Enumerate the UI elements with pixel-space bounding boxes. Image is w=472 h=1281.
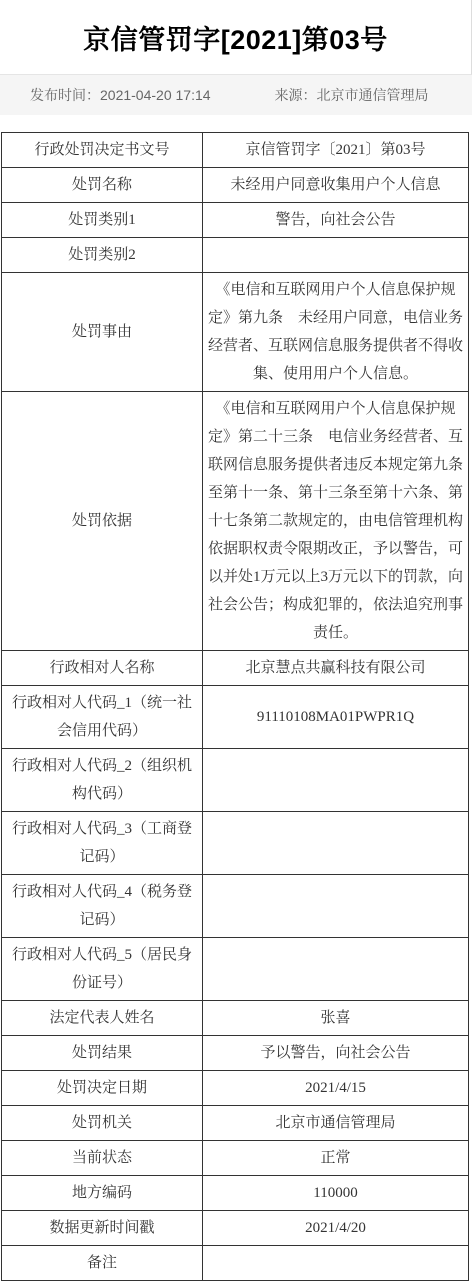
document-header: 京信管罚字[2021]第03号 bbox=[0, 0, 472, 75]
table-row: 处罚类别2 bbox=[2, 238, 469, 273]
table-row: 地方编码110000 bbox=[2, 1176, 469, 1211]
table-row: 行政相对人代码_1（统一社会信用代码）91110108MA01PWPR1Q bbox=[2, 686, 469, 749]
table-row: 处罚依据《电信和互联网用户个人信息保护规定》第二十三条 电信业务经营者、互联网信… bbox=[2, 392, 469, 651]
table-row: 备注 bbox=[2, 1246, 469, 1281]
row-value bbox=[203, 749, 469, 812]
row-label: 行政相对人代码_3（工商登记码） bbox=[2, 812, 203, 875]
row-value: 京信管罚字〔2021〕第03号 bbox=[203, 133, 469, 168]
row-label: 处罚事由 bbox=[2, 273, 203, 392]
row-label: 处罚结果 bbox=[2, 1036, 203, 1071]
row-label: 处罚类别2 bbox=[2, 238, 203, 273]
row-label: 行政相对人代码_1（统一社会信用代码） bbox=[2, 686, 203, 749]
row-label: 处罚名称 bbox=[2, 168, 203, 203]
source-label: 来源： bbox=[275, 87, 317, 103]
table-row: 处罚机关北京市通信管理局 bbox=[2, 1106, 469, 1141]
row-label: 行政相对人代码_2（组织机构代码） bbox=[2, 749, 203, 812]
table-row: 行政相对人代码_4（税务登记码） bbox=[2, 875, 469, 938]
penalty-detail-table: 行政处罚决定书文号京信管罚字〔2021〕第03号处罚名称未经用户同意收集用户个人… bbox=[1, 132, 469, 1281]
table-row: 行政相对人代码_2（组织机构代码） bbox=[2, 749, 469, 812]
row-value: 予以警告，向社会公告 bbox=[203, 1036, 469, 1071]
table-row: 处罚事由《电信和互联网用户个人信息保护规定》第九条 未经用户同意，电信业务经营者… bbox=[2, 273, 469, 392]
row-value bbox=[203, 238, 469, 273]
table-row: 法定代表人姓名张喜 bbox=[2, 1001, 469, 1036]
row-label: 地方编码 bbox=[2, 1176, 203, 1211]
row-label: 处罚决定日期 bbox=[2, 1071, 203, 1106]
row-value: 北京慧点共赢科技有限公司 bbox=[203, 651, 469, 686]
spacer bbox=[0, 115, 472, 132]
meta-band: 发布时间：2021-04-20 17:14 来源：北京市通信管理局 bbox=[0, 75, 472, 115]
row-value: 110000 bbox=[203, 1176, 469, 1211]
row-value: 《电信和互联网用户个人信息保护规定》第二十三条 电信业务经营者、互联网信息服务提… bbox=[203, 392, 469, 651]
publish-time-value: 2021-04-20 17:14 bbox=[100, 87, 211, 103]
penalty-table-body: 行政处罚决定书文号京信管罚字〔2021〕第03号处罚名称未经用户同意收集用户个人… bbox=[2, 133, 469, 1281]
row-value: 《电信和互联网用户个人信息保护规定》第九条 未经用户同意，电信业务经营者、互联网… bbox=[203, 273, 469, 392]
table-row: 处罚名称未经用户同意收集用户个人信息 bbox=[2, 168, 469, 203]
table-row: 当前状态正常 bbox=[2, 1141, 469, 1176]
row-value bbox=[203, 812, 469, 875]
row-value bbox=[203, 875, 469, 938]
publish-time-label: 发布时间： bbox=[30, 87, 100, 103]
row-value: 北京市通信管理局 bbox=[203, 1106, 469, 1141]
table-row: 处罚决定日期2021/4/15 bbox=[2, 1071, 469, 1106]
table-row: 处罚结果予以警告，向社会公告 bbox=[2, 1036, 469, 1071]
source: 来源：北京市通信管理局 bbox=[275, 85, 429, 105]
row-value: 2021/4/20 bbox=[203, 1211, 469, 1246]
row-label: 行政相对人名称 bbox=[2, 651, 203, 686]
row-label: 处罚类别1 bbox=[2, 203, 203, 238]
page-title: 京信管罚字[2021]第03号 bbox=[83, 18, 388, 57]
row-value bbox=[203, 1246, 469, 1281]
table-row: 数据更新时间戳2021/4/20 bbox=[2, 1211, 469, 1246]
row-label: 行政相对人代码_4（税务登记码） bbox=[2, 875, 203, 938]
row-label: 处罚依据 bbox=[2, 392, 203, 651]
row-label: 当前状态 bbox=[2, 1141, 203, 1176]
row-label: 数据更新时间戳 bbox=[2, 1211, 203, 1246]
table-row: 行政相对人代码_5（居民身份证号） bbox=[2, 938, 469, 1001]
publish-time: 发布时间：2021-04-20 17:14 bbox=[30, 85, 211, 105]
row-label: 备注 bbox=[2, 1246, 203, 1281]
table-row: 处罚类别1警告，向社会公告 bbox=[2, 203, 469, 238]
row-value: 警告，向社会公告 bbox=[203, 203, 469, 238]
row-value bbox=[203, 938, 469, 1001]
row-value: 2021/4/15 bbox=[203, 1071, 469, 1106]
row-label: 行政处罚决定书文号 bbox=[2, 133, 203, 168]
row-label: 法定代表人姓名 bbox=[2, 1001, 203, 1036]
table-row: 行政处罚决定书文号京信管罚字〔2021〕第03号 bbox=[2, 133, 469, 168]
row-label: 行政相对人代码_5（居民身份证号） bbox=[2, 938, 203, 1001]
table-row: 行政相对人代码_3（工商登记码） bbox=[2, 812, 469, 875]
row-value: 91110108MA01PWPR1Q bbox=[203, 686, 469, 749]
source-value: 北京市通信管理局 bbox=[317, 87, 429, 103]
table-row: 行政相对人名称北京慧点共赢科技有限公司 bbox=[2, 651, 469, 686]
row-label: 处罚机关 bbox=[2, 1106, 203, 1141]
row-value: 张喜 bbox=[203, 1001, 469, 1036]
row-value: 正常 bbox=[203, 1141, 469, 1176]
row-value: 未经用户同意收集用户个人信息 bbox=[203, 168, 469, 203]
